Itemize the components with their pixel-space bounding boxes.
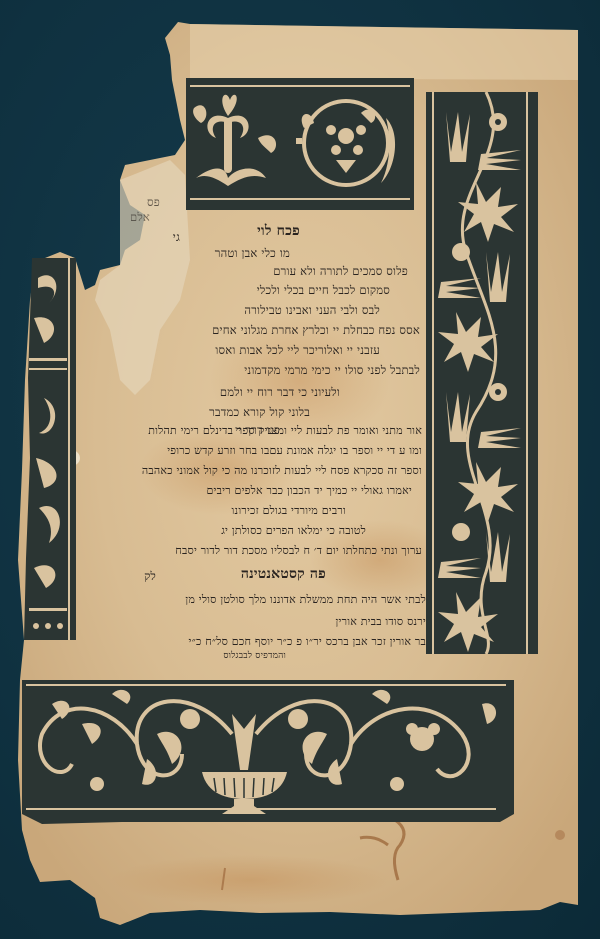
book-page: פס אלם גי פכח לוי מו כלי אבן וטהר פלוס ס… xyxy=(0,0,600,939)
text-line: עזבני יי ואלוריכר ליי לכל אבות ואסו xyxy=(215,343,380,357)
margin-fragment: פס xyxy=(147,195,160,209)
colophon-mark: לק xyxy=(144,569,156,583)
text-line: ולעיוני כי דבר רוח יי ולמם xyxy=(220,385,340,399)
text-line: לבתבל לפני סולו יי כימי מרמי מקדמוני xyxy=(244,363,420,377)
text-line: יאמרו גאולי יי כמיך יד הכבון כבר אלפים ר… xyxy=(206,484,412,498)
text-line: וספר זה סכקרא פסח ליי לבעות לזוכרנו מה כ… xyxy=(142,464,422,478)
text-line: ערוך ונתי כתחלתו יום ד׳ ח לבסליו מסכת דו… xyxy=(175,544,422,558)
text-line: אור מתני ואומר פת לבעות ליי ומצניק ספר ב… xyxy=(148,424,422,438)
main-text-block: פכח לוי מו כלי אבן וטהר פלוס סמכים לתורה… xyxy=(110,228,420,418)
colophon-line: בר אורין זכר אבן ברכס יר״ו פ כ״ר יוסף חכ… xyxy=(188,635,426,649)
colophon-line: ירנס סודו בבית אורין xyxy=(336,615,427,629)
colophon-heading: פה קסטאנטינה xyxy=(241,567,326,581)
margin-fragment: אלם xyxy=(130,210,150,224)
section-heading: פכח לוי xyxy=(257,224,300,238)
right-border-ornament xyxy=(426,92,538,654)
paragraph-block: אור מתני ואומר פת לבעות ליי ומצניק ספר ב… xyxy=(76,424,426,564)
text-line: מו כלי אבן וטהר xyxy=(215,246,290,260)
text-line: לטובה כי ימלאו הפרים כסולתן יג xyxy=(221,524,366,538)
bottom-tailpiece-ornament xyxy=(22,674,514,826)
top-headpiece-ornament xyxy=(186,78,414,210)
colophon-line: לבתי אשר היה תחת ממשלת אדוננו מלך סולטן … xyxy=(185,593,426,607)
colophon-line: והמדפיס לבבגלוס xyxy=(223,649,286,663)
text-line: בלוני קול קורא כמדבר xyxy=(209,405,310,419)
text-line: ומו ע די יי וספר בו יגלה אמונת עםבו בחר … xyxy=(167,444,422,458)
text-line: ורבים מיורדי בגולם זכירונו xyxy=(232,504,346,518)
text-line: סמקום לכבל חיים בכלי ולכלי xyxy=(257,283,390,297)
colophon-block: פה קסטאנטינה לק לבתי אשר היה תחת ממשלת א… xyxy=(96,565,426,665)
left-border-ornament xyxy=(24,258,76,640)
text-line: פלוס סמכים לתורה ולא עורם xyxy=(273,264,408,278)
text-line: אסס נפח כבחלת יי וכלרץ אחרת מגלוני אחים xyxy=(212,323,420,337)
text-line: לבס ולבי העני ואבינו טבילורה xyxy=(244,303,380,317)
